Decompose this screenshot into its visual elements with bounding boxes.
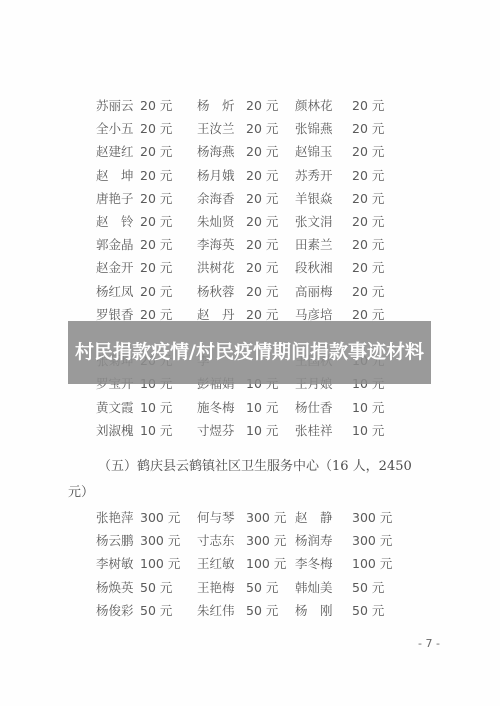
donation-amount: 10 元 [140,398,172,418]
donor-name: 朱灿贤 [197,212,235,232]
donor-name: 杨俊彩 [96,601,134,621]
donation-amount: 100 元 [352,554,392,574]
donor-name: 寸煜芬 [197,421,235,441]
donation-amount: 50 元 [140,601,172,621]
donation-amount: 50 元 [246,601,278,621]
donation-amount: 50 元 [140,578,172,598]
donor-name: 段秋湘 [295,258,333,278]
donation-amount: 20 元 [352,166,384,186]
donor-row: 张艳萍300 元何与琴300 元赵 静300 元 [0,508,500,528]
donor-row: 杨红凤20 元杨秋蓉20 元高丽梅20 元 [0,282,500,302]
section-heading: （五）鹤庆县云鹤镇社区卫生服务中心（16 人，2450 元） [68,454,438,506]
donation-amount: 20 元 [140,235,172,255]
donation-amount: 20 元 [246,142,278,162]
donor-name: 赵 静 [295,508,333,528]
donor-name: 王红敏 [197,554,235,574]
donor-name: 杨海燕 [197,142,235,162]
donor-name: 张文涓 [295,212,333,232]
donation-amount: 20 元 [246,189,278,209]
donation-amount: 20 元 [352,96,384,116]
donor-name: 杨月娥 [197,166,235,186]
donor-name: 杨仕香 [295,398,333,418]
donation-amount: 20 元 [246,212,278,232]
donation-amount: 20 元 [246,96,278,116]
donation-amount: 20 元 [352,119,384,139]
donation-amount: 300 元 [246,531,286,551]
donor-name: 唐艳子 [96,189,134,209]
donor-name: 洪树花 [197,258,235,278]
donor-row: 赵 坤20 元杨月娥20 元苏秀开20 元 [0,166,500,186]
donor-row: 杨焕英50 元王艳梅50 元韩灿美50 元 [0,578,500,598]
donation-amount: 10 元 [140,421,172,441]
donation-amount: 20 元 [246,166,278,186]
donor-name: 张锦燕 [295,119,333,139]
donation-amount: 10 元 [352,398,384,418]
donation-amount: 20 元 [140,282,172,302]
donor-row: 郭金晶20 元李海英20 元田素兰20 元 [0,235,500,255]
donation-amount: 10 元 [246,398,278,418]
donor-name: 杨云鹏 [96,531,134,551]
donor-name: 黄文霞 [96,398,134,418]
donor-name: 赵 铃 [96,212,134,232]
donor-name: 苏秀开 [295,166,333,186]
donor-name: 寸志东 [197,531,235,551]
donor-name: 赵锦玉 [295,142,333,162]
donor-row: 赵建红20 元杨海燕20 元赵锦玉20 元 [0,142,500,162]
donation-amount: 20 元 [140,189,172,209]
section-heading-line2: 元） [68,480,438,506]
donor-row: 赵金开20 元洪树花20 元段秋湘20 元 [0,258,500,278]
donor-name: 杨红凤 [96,282,134,302]
donation-amount: 300 元 [140,531,180,551]
donor-row: 全小五20 元王汝兰20 元张锦燕20 元 [0,119,500,139]
donor-name: 杨焕英 [96,578,134,598]
donation-amount: 20 元 [140,119,172,139]
donation-amount: 100 元 [246,554,286,574]
donor-name: 刘淑槐 [96,421,134,441]
donation-amount: 20 元 [352,189,384,209]
donor-row: 杨云鹏300 元寸志东300 元杨润寿300 元 [0,531,500,551]
donation-amount: 10 元 [246,421,278,441]
donation-amount: 300 元 [352,508,392,528]
donation-amount: 50 元 [352,601,384,621]
donor-name: 高丽梅 [295,282,333,302]
donor-name: 朱红伟 [197,601,235,621]
donation-amount: 20 元 [352,282,384,302]
donation-amount: 10 元 [352,421,384,441]
donor-name: 郭金晶 [96,235,134,255]
donor-name: 王艳梅 [197,578,235,598]
donation-amount: 300 元 [352,531,392,551]
donor-name: 韩灿美 [295,578,333,598]
donor-name: 赵 坤 [96,166,134,186]
donation-amount: 20 元 [140,166,172,186]
donor-name: 王汝兰 [197,119,235,139]
donor-name: 颜林花 [295,96,333,116]
donation-amount: 20 元 [352,142,384,162]
donor-name: 李树敏 [96,554,134,574]
donation-amount: 20 元 [246,119,278,139]
donation-amount: 20 元 [140,96,172,116]
donation-amount: 50 元 [352,578,384,598]
donation-amount: 20 元 [246,235,278,255]
donor-name: 余海香 [197,189,235,209]
donation-amount: 100 元 [140,554,180,574]
donor-row: 苏丽云20 元杨 炘20 元颜林花20 元 [0,96,500,116]
donor-name: 全小五 [96,119,134,139]
donor-name: 杨 炘 [197,96,235,116]
title-overlay-banner[interactable]: 村民捐款疫情/村民疫情期间捐款事迹材料 [68,321,431,384]
donor-name: 杨 刚 [295,601,333,621]
donation-amount: 300 元 [140,508,180,528]
donation-amount: 20 元 [140,142,172,162]
donor-name: 何与琴 [197,508,235,528]
overlay-title[interactable]: 村民捐款疫情/村民疫情期间捐款事迹材料 [71,341,428,364]
donation-amount: 20 元 [140,258,172,278]
donation-amount: 20 元 [352,258,384,278]
donor-name: 张艳萍 [96,508,134,528]
donation-amount: 20 元 [352,212,384,232]
section-heading-line1: （五）鹤庆县云鹤镇社区卫生服务中心（16 人，2450 [68,454,438,480]
donor-name: 张桂祥 [295,421,333,441]
donor-name: 杨秋蓉 [197,282,235,302]
donation-amount: 20 元 [246,258,278,278]
donor-name: 施冬梅 [197,398,235,418]
donor-name: 苏丽云 [96,96,134,116]
donor-name: 李冬梅 [295,554,333,574]
donor-name: 赵金开 [96,258,134,278]
donor-row: 赵 铃20 元朱灿贤20 元张文涓20 元 [0,212,500,232]
donor-row: 黄文霞10 元施冬梅10 元杨仕香10 元 [0,398,500,418]
page-number: - 7 - [418,637,440,650]
donation-amount: 20 元 [246,282,278,302]
donation-amount: 20 元 [352,235,384,255]
donor-name: 赵建红 [96,142,134,162]
donation-amount: 300 元 [246,508,286,528]
donation-amount: 50 元 [246,578,278,598]
donor-row: 李树敏100 元王红敏100 元李冬梅100 元 [0,554,500,574]
donor-name: 田素兰 [295,235,333,255]
donor-row: 杨俊彩50 元朱红伟50 元杨 刚50 元 [0,601,500,621]
donation-amount: 20 元 [140,212,172,232]
donor-row: 刘淑槐10 元寸煜芬10 元张桂祥10 元 [0,421,500,441]
donor-name: 杨润寿 [295,531,333,551]
donor-name: 羊银焱 [295,189,333,209]
donor-row: 唐艳子20 元余海香20 元羊银焱20 元 [0,189,500,209]
donor-name: 李海英 [197,235,235,255]
